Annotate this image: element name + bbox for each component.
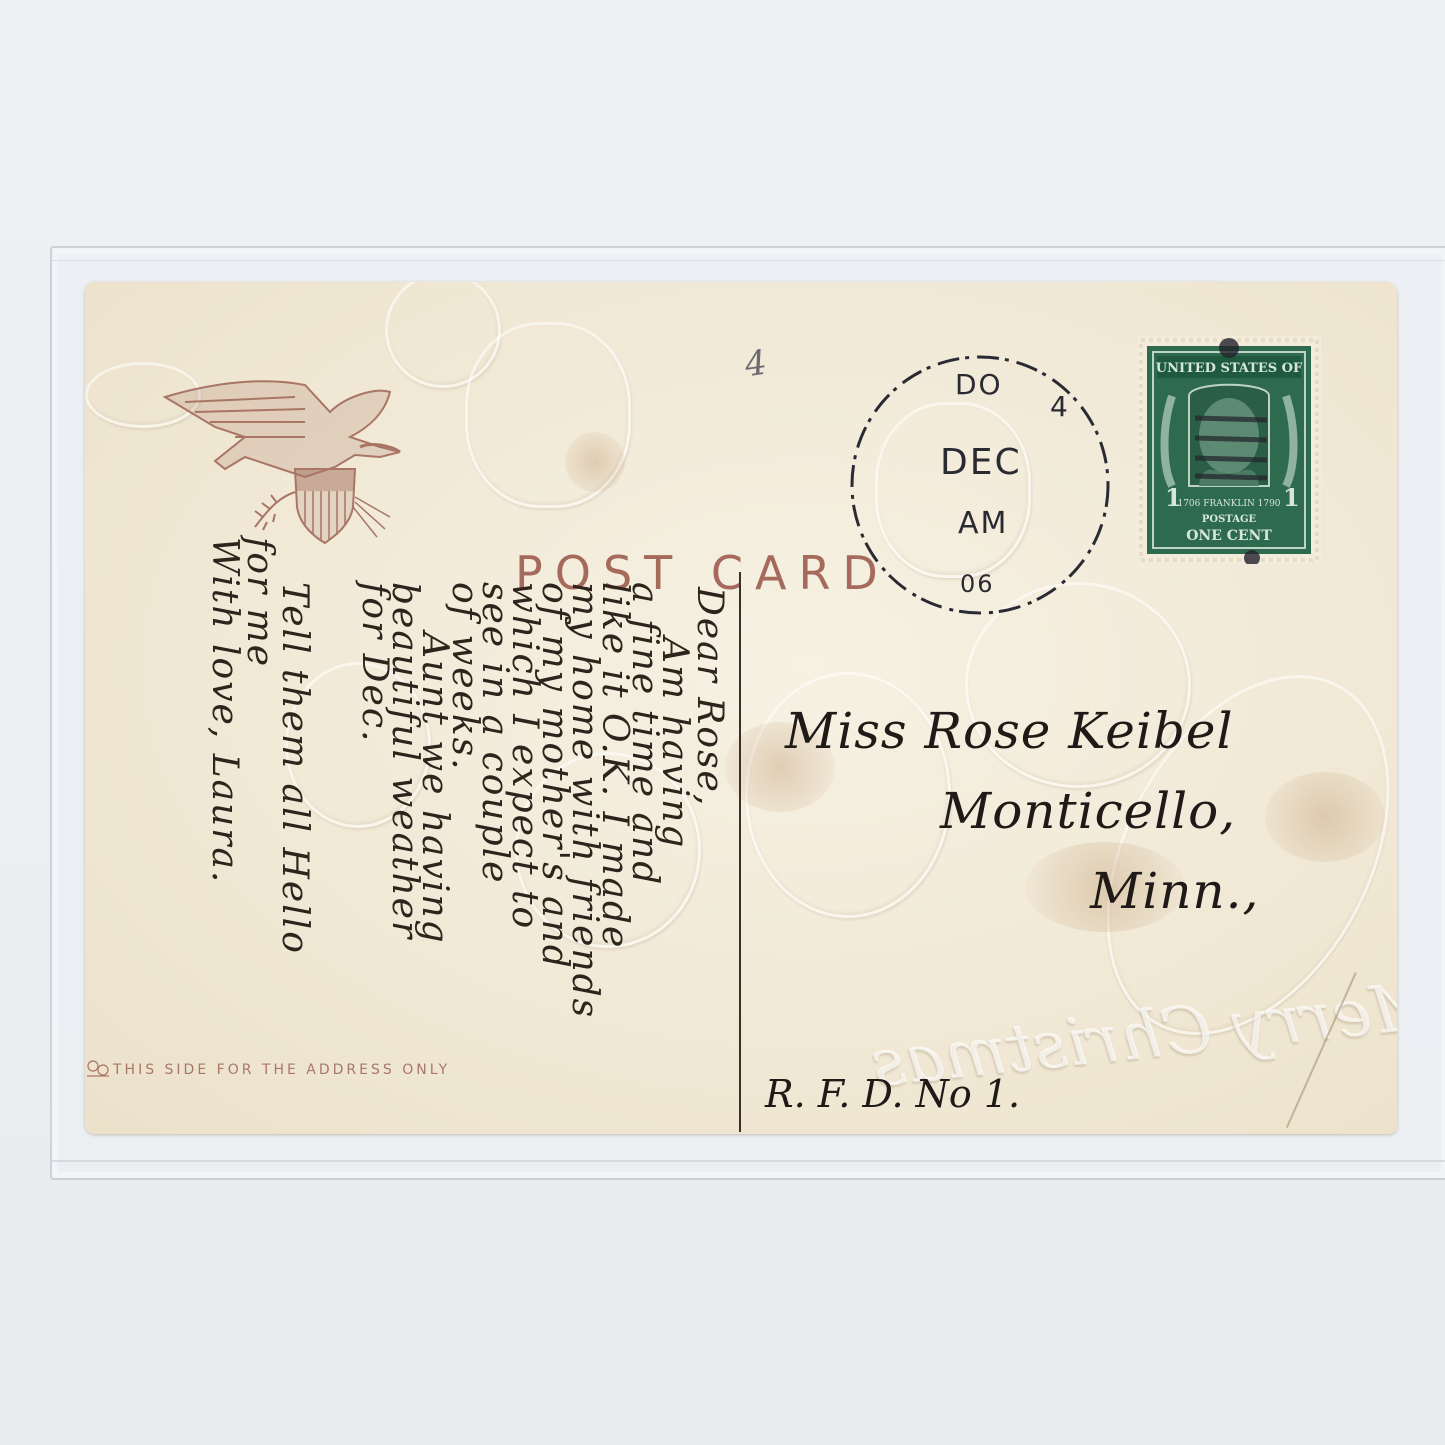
address-route: R. F. D. No 1.	[765, 1072, 1020, 1116]
address-state: Minn.,	[1090, 862, 1259, 920]
svg-text:1: 1	[1283, 483, 1300, 512]
age-stain	[1265, 772, 1385, 862]
postmark-month: DEC	[940, 442, 1022, 483]
svg-text:1706 FRANKLIN 1790: 1706 FRANKLIN 1790	[1177, 499, 1280, 509]
message-line: With love, Laura.	[204, 537, 245, 884]
sleeve-seam	[50, 260, 1445, 261]
postmark-time: AM	[958, 506, 1008, 541]
postmark: DO 4 DEC AM 06	[840, 340, 1120, 630]
eagle-with-shield-icon	[155, 357, 415, 547]
franklin-one-cent-stamp: UNITED STATES OF 1 1 1706 FRANKLIN 1790 …	[1137, 336, 1321, 564]
divider-line	[739, 572, 741, 1132]
publisher-logo-icon	[85, 1058, 111, 1080]
address-only-notice: THIS SIDE FOR THE ADDRESS ONLY	[113, 1062, 450, 1078]
postcard: POST CARD THIS SIDE FOR THE ADDRESS ONLY…	[85, 282, 1397, 1134]
pencil-notation: 4	[742, 343, 769, 386]
message-line: for Dec.	[354, 582, 395, 743]
postmark-year: 06	[960, 570, 995, 598]
svg-text:POSTAGE: POSTAGE	[1202, 514, 1257, 525]
age-stain	[565, 432, 625, 492]
message-line: Tell them all Hello	[274, 582, 315, 955]
postmark-day: 4	[1050, 390, 1070, 423]
address-recipient: Miss Rose Keibel	[785, 702, 1233, 760]
address-city: Monticello,	[940, 782, 1236, 840]
sleeve-seam	[50, 1160, 1445, 1162]
svg-text:UNITED STATES OF: UNITED STATES OF	[1156, 361, 1303, 376]
svg-text:ONE CENT: ONE CENT	[1186, 528, 1272, 544]
message-line: for me	[239, 537, 280, 668]
postmark-city: DO	[955, 368, 1003, 401]
message-line: Dear Rose,	[689, 587, 730, 807]
